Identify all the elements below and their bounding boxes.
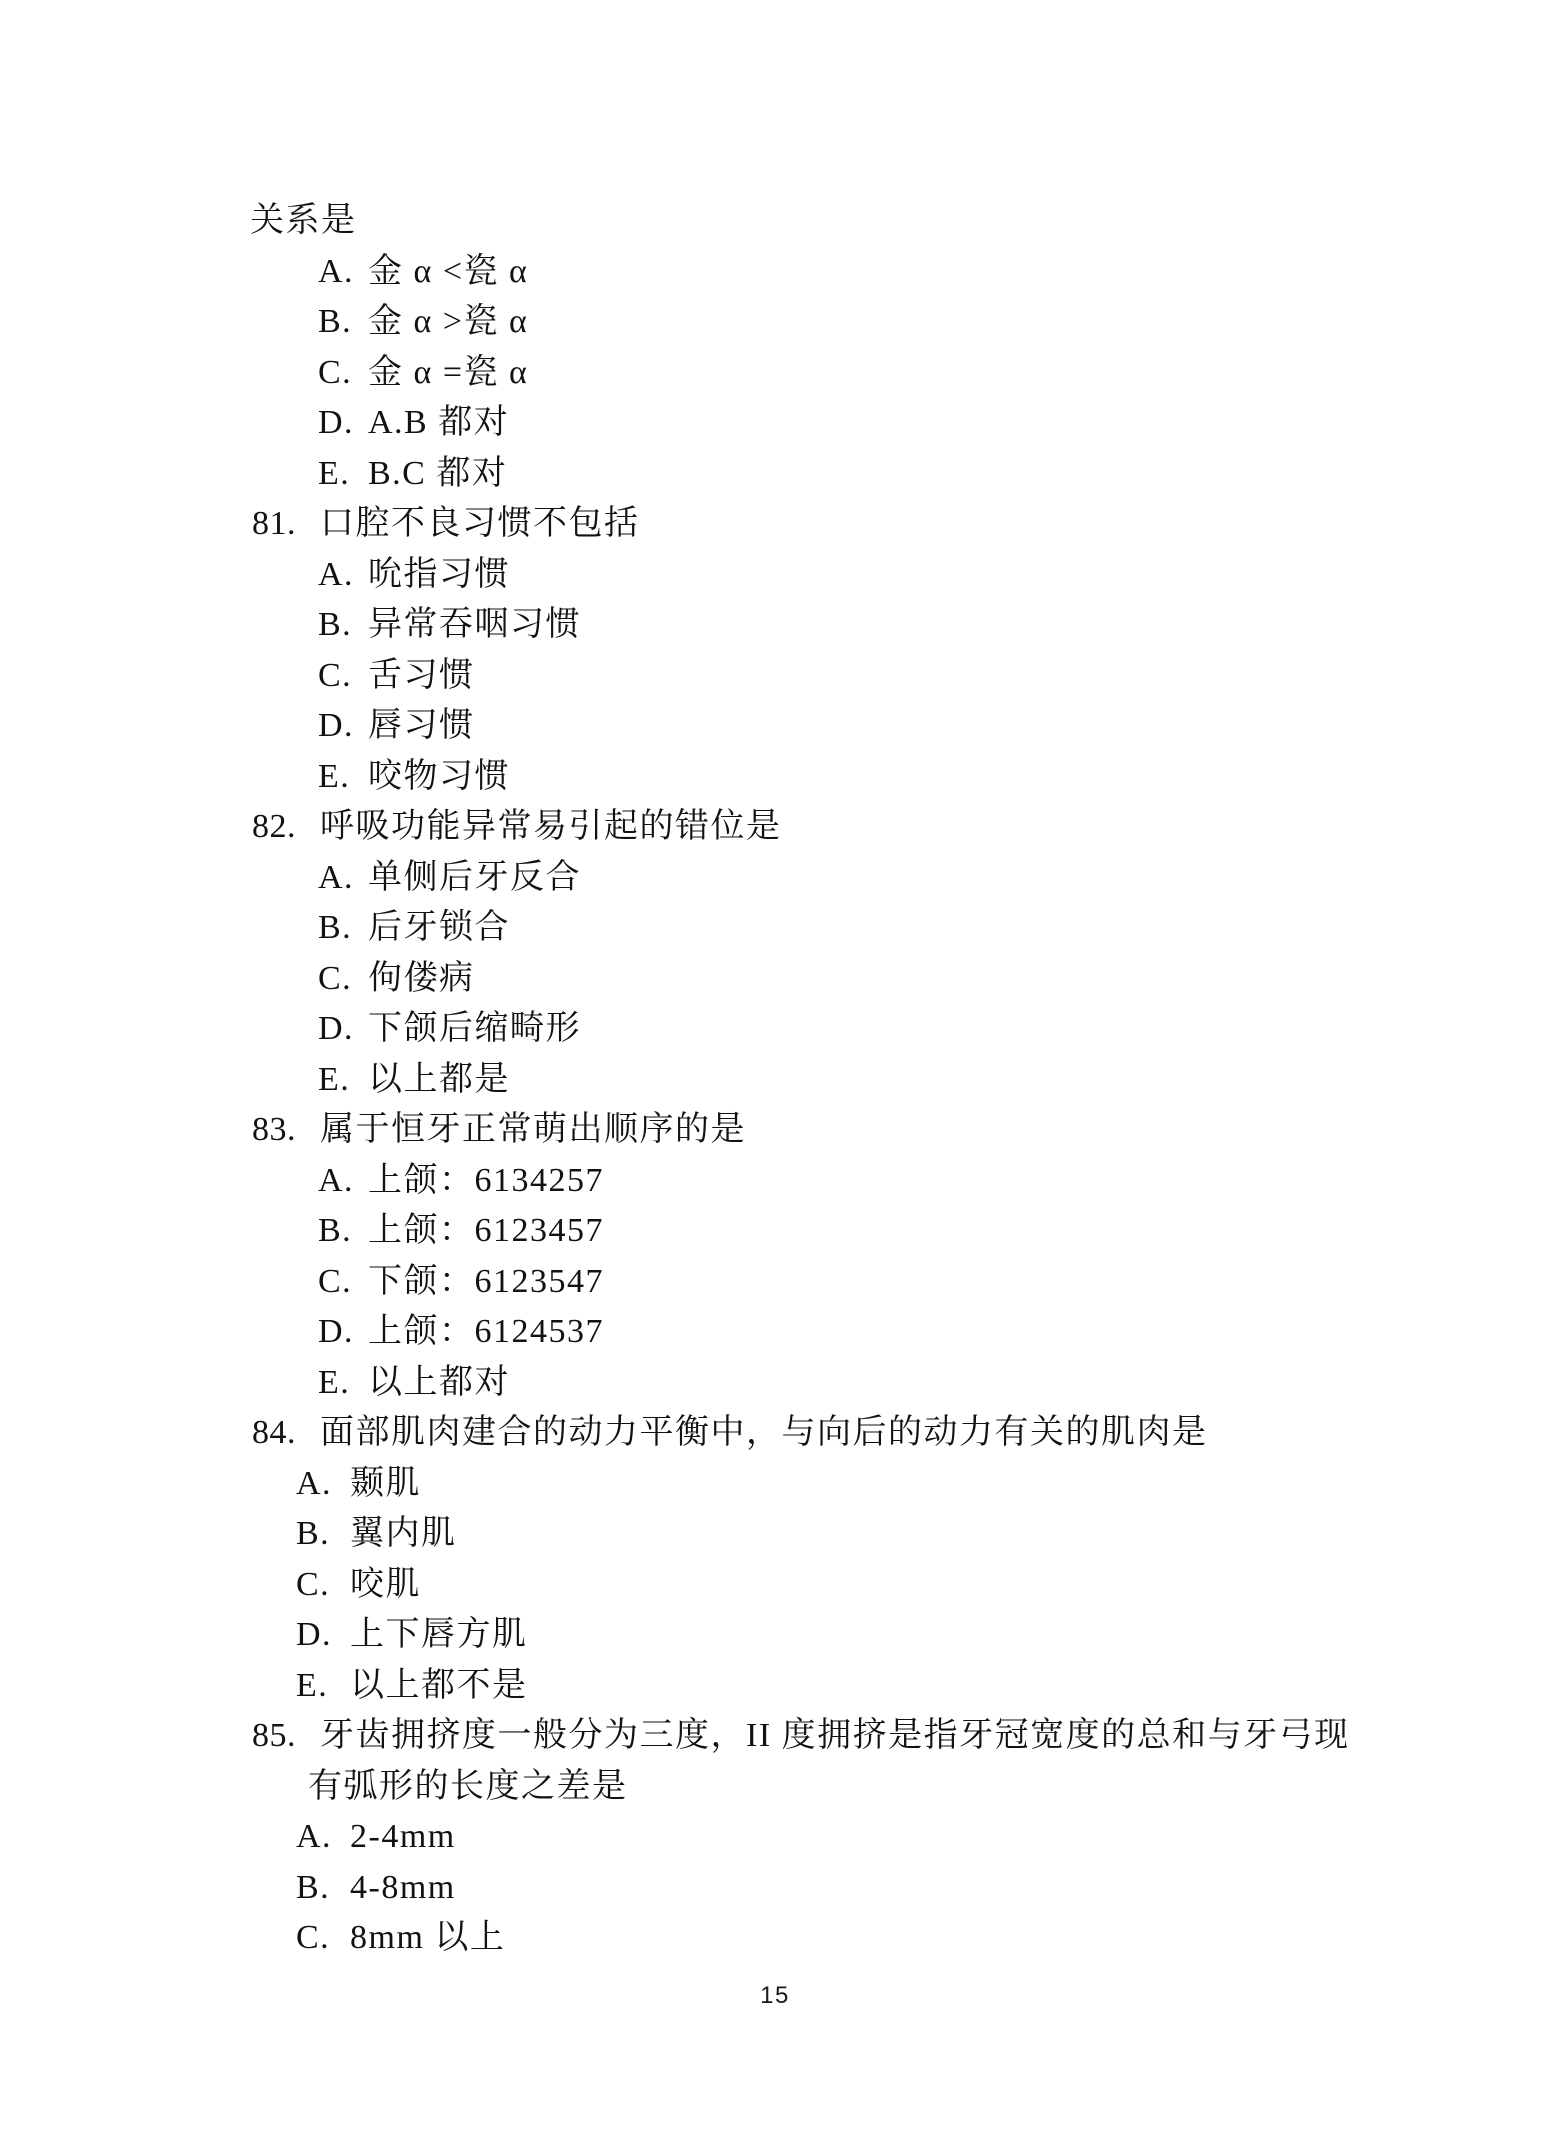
option-text: 异常吞咽习惯	[368, 606, 581, 643]
option-letter: E.	[318, 1358, 368, 1409]
option-letter: C.	[318, 348, 368, 399]
option-letter: D.	[318, 1004, 368, 1055]
question-stem-text: 呼吸功能异常易引起的错位是	[320, 808, 782, 845]
question-85-stem: 85.牙齿拥挤度一般分为三度，II 度拥挤是指牙冠宽度的总和与牙弓现	[0, 1711, 1550, 1762]
option-letter: C.	[318, 1257, 368, 1308]
question-number: 84.	[252, 1408, 320, 1459]
option-line: C.舌习惯	[0, 651, 1550, 702]
option-line: A.2-4mm	[0, 1812, 1550, 1863]
option-text: 上下唇方肌	[350, 1616, 528, 1653]
option-text: 上颌：6123457	[368, 1212, 604, 1249]
option-letter: D.	[318, 398, 368, 449]
option-text: B.C 都对	[368, 455, 507, 492]
option-letter: B.	[296, 1863, 350, 1914]
option-text: 下颌：6123547	[368, 1263, 604, 1300]
option-letter: B.	[296, 1509, 350, 1560]
option-text: 佝偻病	[368, 960, 475, 997]
option-line: D.上下唇方肌	[0, 1610, 1550, 1661]
option-line: D.下颌后缩畸形	[0, 1004, 1550, 1055]
option-text: 翼内肌	[350, 1515, 457, 1552]
question-81-stem: 81.口腔不良习惯不包括	[0, 499, 1550, 550]
option-letter: B.	[318, 903, 368, 954]
option-line: C.8mm 以上	[0, 1913, 1550, 1964]
option-letter: A.	[318, 550, 368, 601]
question-number: 82.	[252, 802, 320, 853]
option-text: 以上都是	[368, 1061, 510, 1098]
question-83-stem: 83.属于恒牙正常萌出顺序的是	[0, 1105, 1550, 1156]
option-line: C.下颌：6123547	[0, 1257, 1550, 1308]
option-letter: E.	[318, 1055, 368, 1106]
option-line: B.4-8mm	[0, 1863, 1550, 1914]
option-text: 后牙锁合	[368, 909, 510, 946]
option-line: A.单侧后牙反合	[0, 853, 1550, 904]
option-line: A.上颌：6134257	[0, 1156, 1550, 1207]
option-line: E.以上都对	[0, 1358, 1550, 1409]
option-text: 吮指习惯	[368, 556, 510, 593]
option-line: B.后牙锁合	[0, 903, 1550, 954]
option-line: C.咬肌	[0, 1560, 1550, 1611]
question-stem-text: 口腔不良习惯不包括	[320, 505, 640, 542]
option-line: B.异常吞咽习惯	[0, 600, 1550, 651]
option-letter: C.	[296, 1913, 350, 1964]
option-letter: D.	[296, 1610, 350, 1661]
option-letter: C.	[296, 1560, 350, 1611]
option-letter: E.	[318, 449, 368, 500]
option-line: E.以上都不是	[0, 1661, 1550, 1712]
question-82-stem: 82.呼吸功能异常易引起的错位是	[0, 802, 1550, 853]
exam-page: 关系是 A.金 α <瓷 α B.金 α >瓷 α C.金 α =瓷 α D.A…	[0, 0, 1550, 2010]
option-letter: B.	[318, 1206, 368, 1257]
option-line: B.上颌：6123457	[0, 1206, 1550, 1257]
option-text: 颞肌	[350, 1465, 421, 1502]
option-letter: D.	[318, 1307, 368, 1358]
option-text: 2-4mm	[350, 1818, 456, 1855]
option-text: A.B 都对	[368, 404, 509, 441]
option-text: 金 α =瓷 α	[368, 354, 528, 391]
option-letter: D.	[318, 701, 368, 752]
option-line: E.咬物习惯	[0, 752, 1550, 803]
option-text: 以上都不是	[350, 1667, 528, 1704]
option-line: B.翼内肌	[0, 1509, 1550, 1560]
option-line: C.佝偻病	[0, 954, 1550, 1005]
option-text: 上颌：6124537	[368, 1313, 604, 1350]
option-text: 金 α <瓷 α	[368, 253, 528, 290]
option-text: 咬物习惯	[368, 758, 510, 795]
option-letter: E.	[318, 752, 368, 803]
question-84-stem: 84.面部肌肉建合的动力平衡中，与向后的动力有关的肌肉是	[0, 1408, 1550, 1459]
question-number: 81.	[252, 499, 320, 550]
option-letter: E.	[296, 1661, 350, 1712]
option-letter: A.	[296, 1459, 350, 1510]
question-stem-text: 属于恒牙正常萌出顺序的是	[320, 1111, 746, 1148]
option-text: 8mm 以上	[350, 1919, 505, 1956]
option-line: E.以上都是	[0, 1055, 1550, 1106]
option-line: B.金 α >瓷 α	[0, 297, 1550, 348]
question-number: 85.	[252, 1711, 320, 1762]
option-line: A.颞肌	[0, 1459, 1550, 1510]
option-line: D.上颌：6124537	[0, 1307, 1550, 1358]
option-text: 单侧后牙反合	[368, 859, 581, 896]
option-letter: B.	[318, 297, 368, 348]
option-letter: C.	[318, 651, 368, 702]
question-stem-text: 面部肌肉建合的动力平衡中，与向后的动力有关的肌肉是	[320, 1414, 1208, 1451]
option-text: 舌习惯	[368, 657, 475, 694]
option-text: 下颌后缩畸形	[368, 1010, 581, 1047]
option-line: C.金 α =瓷 α	[0, 348, 1550, 399]
question-number: 83.	[252, 1105, 320, 1156]
option-letter: A.	[318, 1156, 368, 1207]
question-80-continuation-stem: 关系是	[0, 196, 1550, 247]
option-line: E.B.C 都对	[0, 449, 1550, 500]
option-letter: B.	[318, 600, 368, 651]
question-85-stem-wrap: 有弧形的长度之差是	[0, 1762, 1550, 1813]
option-letter: A.	[318, 853, 368, 904]
option-text: 上颌：6134257	[368, 1162, 604, 1199]
option-letter: C.	[318, 954, 368, 1005]
page-number: 15	[0, 1982, 1550, 2010]
option-line: A.金 α <瓷 α	[0, 247, 1550, 298]
option-letter: A.	[296, 1812, 350, 1863]
option-text: 唇习惯	[368, 707, 475, 744]
option-text: 4-8mm	[350, 1869, 456, 1906]
option-line: A.吮指习惯	[0, 550, 1550, 601]
option-text: 金 α >瓷 α	[368, 303, 528, 340]
question-stem-text: 牙齿拥挤度一般分为三度，II 度拥挤是指牙冠宽度的总和与牙弓现	[320, 1717, 1350, 1754]
option-text: 以上都对	[368, 1364, 510, 1401]
option-line: D.唇习惯	[0, 701, 1550, 752]
option-line: D.A.B 都对	[0, 398, 1550, 449]
option-text: 咬肌	[350, 1566, 421, 1603]
option-letter: A.	[318, 247, 368, 298]
